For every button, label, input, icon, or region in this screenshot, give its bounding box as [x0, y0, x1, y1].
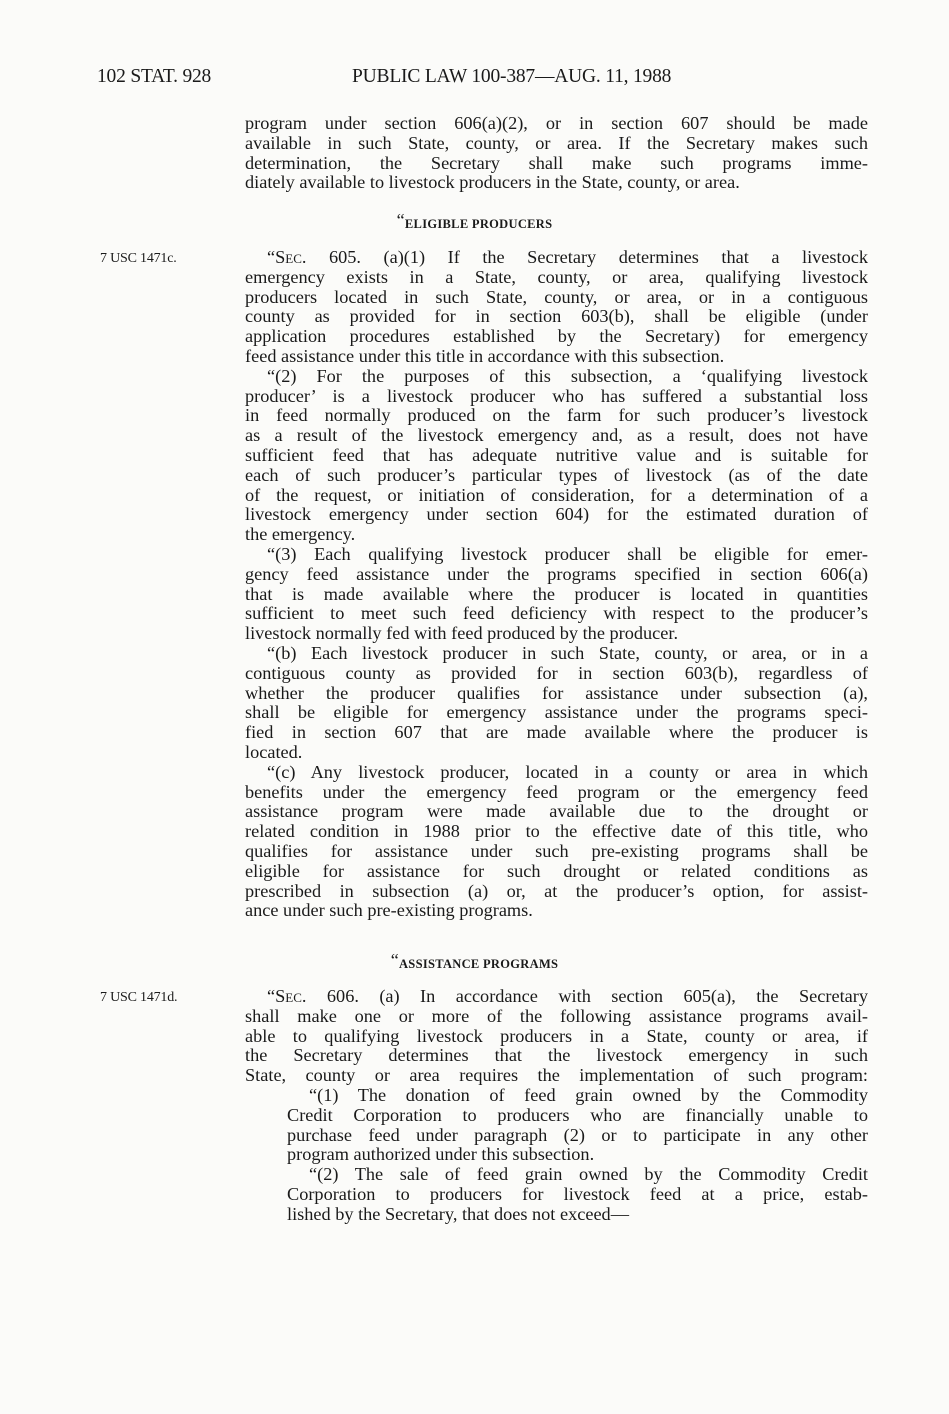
- text-line: “(1) The donation of feed grain owned by…: [287, 1086, 868, 1106]
- text-line: lished by the Secretary, that does not e…: [287, 1205, 868, 1225]
- text-line: “(2) The sale of feed grain owned by the…: [287, 1165, 868, 1185]
- text-line: emergency exists in a State, county, or …: [245, 268, 868, 288]
- text-line: of the request, or initiation of conside…: [245, 486, 868, 506]
- text-line: livestock emergency under section 604) f…: [245, 505, 868, 525]
- text-line: “(c) Any livestock producer, located in …: [245, 763, 868, 783]
- section-heading-eligible-producers: “ELIGIBLE PRODUCERS: [0, 210, 949, 232]
- text-line: “(2) For the purposes of this subsection…: [245, 367, 868, 387]
- text-line: assistance program were made available d…: [245, 802, 868, 822]
- heading-text: ASSISTANCE PROGRAMS: [399, 957, 558, 971]
- open-quote: “: [267, 247, 275, 267]
- text-line: the emergency.: [245, 525, 868, 545]
- text-fragment: . 605. (a)(1) If the Secretary determine…: [302, 247, 868, 267]
- intro-paragraph: program under section 606(a)(2), or in s…: [245, 114, 868, 193]
- text-line: shall make one or more of the following …: [245, 1007, 868, 1027]
- text-line: located.: [245, 743, 868, 763]
- text-line: in feed normally produced on the farm fo…: [245, 406, 868, 426]
- text-line: “(b) Each livestock producer in such Sta…: [245, 644, 868, 664]
- text-line: producer’ is a livestock producer who ha…: [245, 387, 868, 407]
- open-quote: “: [397, 210, 405, 230]
- sec606-first-line: “Sec. 606. (a) In accordance with sectio…: [245, 987, 868, 1007]
- text-line: Corporation to producers for livestock f…: [287, 1185, 868, 1205]
- text-line: program authorized under this subsection…: [287, 1145, 868, 1165]
- text-line: able to qualifying livestock producers i…: [245, 1027, 868, 1047]
- sec-label: Sec: [275, 986, 302, 1006]
- text-line: Credit Corporation to producers who are …: [287, 1106, 868, 1126]
- text-line: program under section 606(a)(2), or in s…: [245, 114, 868, 134]
- text-line: fied in section 607 that are made availa…: [245, 723, 868, 743]
- text-line: each of such producer’s particular types…: [245, 466, 868, 486]
- text-line: application procedures established by th…: [245, 327, 868, 347]
- text-line: qualifies for assistance under such pre-…: [245, 842, 868, 862]
- text-line: benefits under the emergency feed progra…: [245, 783, 868, 803]
- heading-text: ELIGIBLE PRODUCERS: [405, 217, 552, 231]
- text-line: State, county or area requires the imple…: [245, 1066, 868, 1086]
- text-line: livestock normally fed with feed produce…: [245, 624, 868, 644]
- text-fragment: . 606. (a) In accordance with section 60…: [302, 986, 868, 1006]
- text-line: “(3) Each qualifying livestock producer …: [245, 545, 868, 565]
- sec-label: Sec: [275, 247, 302, 267]
- text-line: purchase feed under paragraph (2) or to …: [287, 1126, 868, 1146]
- stat-page-number: 102 STAT. 928: [97, 66, 211, 88]
- text-line: that is made available where the produce…: [245, 585, 868, 605]
- text-line: contiguous county as provided for in sec…: [245, 664, 868, 684]
- text-line: feed assistance under this title in acco…: [245, 347, 868, 367]
- text-line: county as provided for in section 603(b)…: [245, 307, 868, 327]
- text-line: whether the producer qualifies for assis…: [245, 684, 868, 704]
- text-line: prescribed in subsection (a) or, at the …: [245, 882, 868, 902]
- text-line: producers located in such State, county,…: [245, 288, 868, 308]
- margin-citation-1471d: 7 USC 1471d.: [100, 990, 177, 1006]
- text-line: determination, the Secretary shall make …: [245, 154, 868, 174]
- text-line: eligible for assistance for such drought…: [245, 862, 868, 882]
- text-line: sufficient to meet such feed deficiency …: [245, 604, 868, 624]
- text-line: as a result of the livestock emergency a…: [245, 426, 868, 446]
- text-line: gency feed assistance under the programs…: [245, 565, 868, 585]
- section-605: “Sec. 605. (a)(1) If the Secretary deter…: [245, 248, 868, 921]
- sec605-first-line: “Sec. 605. (a)(1) If the Secretary deter…: [245, 248, 868, 268]
- text-line: the Secretary determines that the livest…: [245, 1046, 868, 1066]
- page-header: 102 STAT. 928 PUBLIC LAW 100-387—AUG. 11…: [0, 66, 949, 96]
- margin-citation-1471c: 7 USC 1471c.: [100, 251, 177, 267]
- section-606-subparagraphs: “(1) The donation of feed grain owned by…: [287, 1086, 868, 1225]
- text-line: shall be eligible for emergency assistan…: [245, 703, 868, 723]
- law-title: PUBLIC LAW 100-387—AUG. 11, 1988: [352, 66, 671, 88]
- section-606: “Sec. 606. (a) In accordance with sectio…: [245, 987, 868, 1086]
- section-heading-assistance-programs: “ASSISTANCE PROGRAMS: [0, 950, 949, 972]
- text-line: ance under such pre-existing programs.: [245, 901, 868, 921]
- open-quote: “: [267, 986, 275, 1006]
- text-line: related condition in 1988 prior to the e…: [245, 822, 868, 842]
- text-line: sufficient feed that has adequate nutrit…: [245, 446, 868, 466]
- text-line: diately available to livestock producers…: [245, 173, 868, 193]
- text-line: available in such State, county, or area…: [245, 134, 868, 154]
- open-quote: “: [391, 950, 399, 970]
